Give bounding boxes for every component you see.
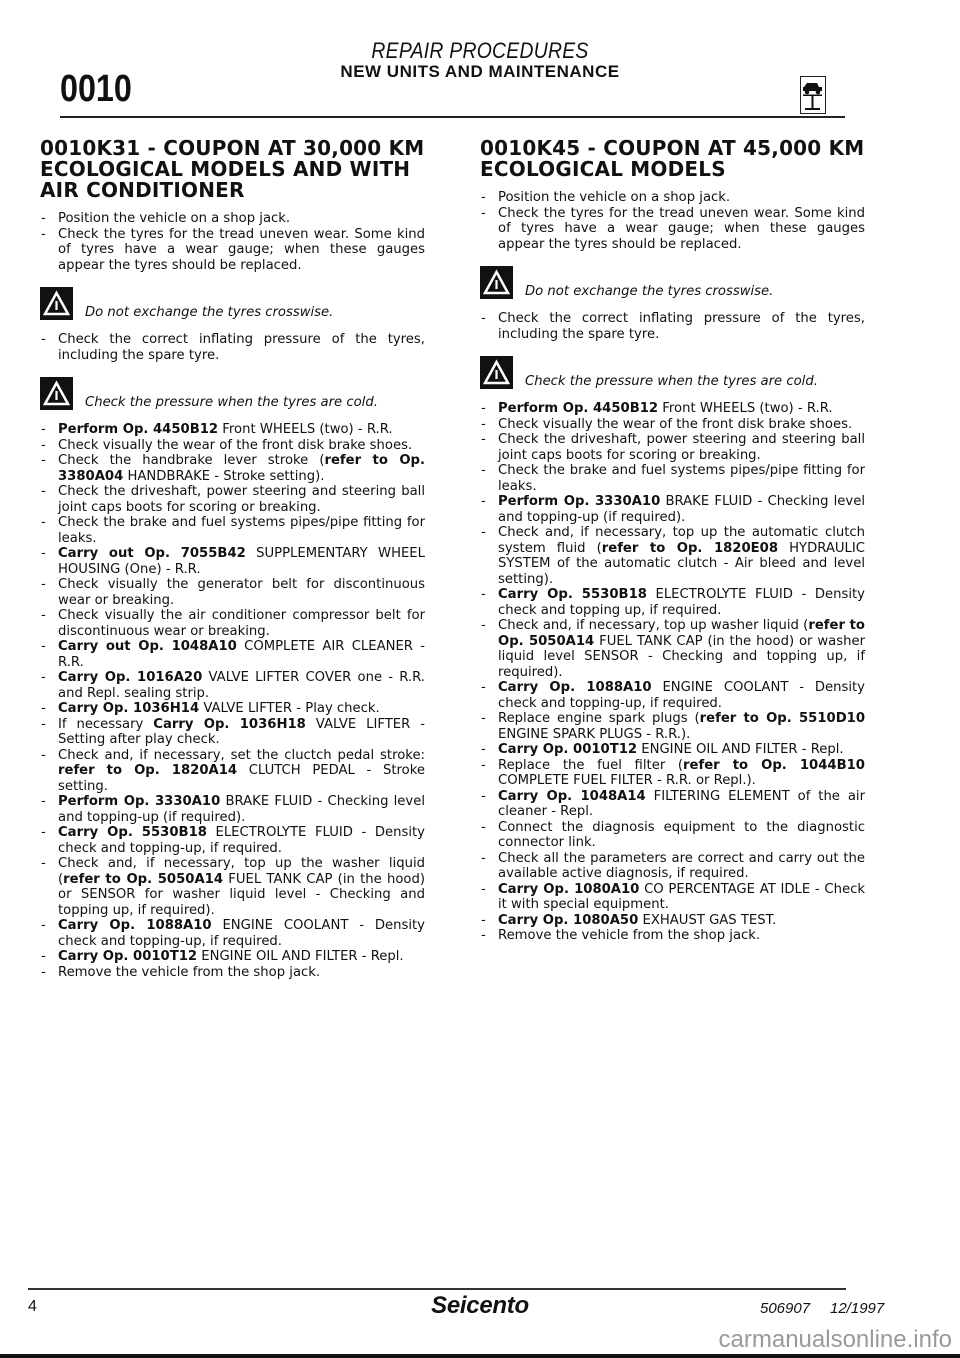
list-item: Check the brake and fuel systems pipes/p… — [480, 463, 865, 494]
warning-triangle-icon — [480, 356, 513, 389]
list-item: Check the tyres for the tread uneven wea… — [480, 206, 865, 253]
steps-list: Perform Op. 4450B12 Front WHEELS (two) -… — [480, 401, 865, 944]
list-item: Check and, if necessary, top up washer l… — [480, 618, 865, 680]
warning-text: Check the pressure when the tyres are co… — [85, 395, 378, 410]
intro-list: Position the vehicle on a shop jack. Che… — [40, 211, 425, 273]
list-item: If necessary Carry Op. 1036H18 VALVE LIF… — [40, 717, 425, 748]
list-item: Carry Op. 1088A10 ENGINE COOLANT - Densi… — [40, 918, 425, 949]
bottom-border — [0, 1354, 960, 1358]
list-item: Perform Op. 4450B12 Front WHEELS (two) -… — [480, 401, 865, 417]
list-item: Check the brake and fuel systems pipes/p… — [40, 515, 425, 546]
list-item: Connect the diagnosis equipment to the d… — [480, 820, 865, 851]
warning-note: Do not exchange the tyres crosswise. — [480, 266, 865, 299]
document-date: 12/1997 — [830, 1300, 884, 1317]
warning-triangle-icon — [480, 266, 513, 299]
intro-list: Position the vehicle on a shop jack. Che… — [480, 190, 865, 252]
list-item: Check the driveshaft, power steering and… — [480, 432, 865, 463]
watermark: carmanualsonline.info — [719, 1326, 952, 1354]
list-item: Carry Op. 0010T12 ENGINE OIL AND FILTER … — [40, 949, 425, 965]
list-item: Check the correct inflating pressure of … — [40, 332, 425, 363]
list-item: Carry out Op. 7055B42 SUPPLEMENTARY WHEE… — [40, 546, 425, 577]
list-item: Replace engine spark plugs (refer to Op.… — [480, 711, 865, 742]
section-0010k31: 0010K31 - COUPON AT 30,000 KM ECOLOGICAL… — [40, 138, 425, 980]
section-title: 0010K31 - COUPON AT 30,000 KM ECOLOGICAL… — [40, 138, 425, 201]
warning-triangle-icon — [40, 287, 73, 320]
list-item: Perform Op. 3330A10 BRAKE FLUID - Checki… — [480, 494, 865, 525]
car-lift-icon — [800, 76, 826, 114]
list-item: Check the handbrake lever stroke (refer … — [40, 453, 425, 484]
list-item: Check and, if necessary, top up the wash… — [40, 856, 425, 918]
steps-list: Perform Op. 4450B12 Front WHEELS (two) -… — [40, 422, 425, 980]
section-code: 0010 — [60, 68, 132, 111]
brand-logo: Seicento — [0, 1292, 960, 1320]
list-item: Carry out Op. 1048A10 COMPLETE AIR CLEAN… — [40, 639, 425, 670]
warning-text: Do not exchange the tyres crosswise. — [525, 284, 773, 299]
list-item: Carry Op. 1036H14 VALVE LIFTER - Play ch… — [40, 701, 425, 717]
list-item: Check visually the wear of the front dis… — [480, 417, 865, 433]
warning-note: Do not exchange the tyres crosswise. — [40, 287, 425, 320]
page-header-title: REPAIR PROCEDURES — [58, 38, 903, 64]
list-item: Check all the parameters are correct and… — [480, 851, 865, 882]
list-item: Check the tyres for the tread uneven wea… — [40, 227, 425, 274]
list-item: Remove the vehicle from the shop jack. — [40, 965, 425, 981]
list-item: Check and, if necessary, set the cluctch… — [40, 748, 425, 795]
warning-text: Check the pressure when the tyres are co… — [525, 374, 818, 389]
list-item: Check the driveshaft, power steering and… — [40, 484, 425, 515]
warning-note: Check the pressure when the tyres are co… — [40, 377, 425, 410]
list-item: Carry Op. 1080A10 CO PERCENTAGE AT IDLE … — [480, 882, 865, 913]
warning-note: Check the pressure when the tyres are co… — [480, 356, 865, 389]
list-item: Check visually the wear of the front dis… — [40, 438, 425, 454]
list-item: Remove the vehicle from the shop jack. — [480, 928, 865, 944]
section-title: 0010K45 - COUPON AT 45,000 KM ECOLOGICAL… — [480, 138, 865, 180]
list-item: Carry Op. 1048A14 FILTERING ELEMENT of t… — [480, 789, 865, 820]
list-item: Carry Op. 1080A50 EXHAUST GAS TEST. — [480, 913, 865, 929]
warning-text: Do not exchange the tyres crosswise. — [85, 305, 333, 320]
list-item: Carry Op. 1016A20 VALVE LIFTER COVER one… — [40, 670, 425, 701]
list-item: Check visually the generator belt for di… — [40, 577, 425, 608]
list-item: Position the vehicle on a shop jack. — [480, 190, 865, 206]
list-item: Perform Op. 4450B12 Front WHEELS (two) -… — [40, 422, 425, 438]
list-item: Check the correct inflating pressure of … — [480, 311, 865, 342]
list-item: Perform Op. 3330A10 BRAKE FLUID - Checki… — [40, 794, 425, 825]
header-divider — [60, 116, 845, 118]
list-item: Carry Op. 0010T12 ENGINE OIL AND FILTER … — [480, 742, 865, 758]
footer-divider — [28, 1288, 846, 1290]
list-item: Carry Op. 5530B18 ELECTROLYTE FLUID - De… — [480, 587, 865, 618]
list-item: Position the vehicle on a shop jack. — [40, 211, 425, 227]
list-item: Replace the fuel filter (refer to Op. 10… — [480, 758, 865, 789]
list-item: Check visually the air conditioner compr… — [40, 608, 425, 639]
document-code: 506907 — [760, 1300, 810, 1317]
section-0010k45: 0010K45 - COUPON AT 45,000 KM ECOLOGICAL… — [480, 138, 865, 944]
list-item: Carry Op. 1088A10 ENGINE COOLANT - Densi… — [480, 680, 865, 711]
list-item: Check and, if necessary, top up the auto… — [480, 525, 865, 587]
list-item: Carry Op. 5530B18 ELECTROLYTE FLUID - De… — [40, 825, 425, 856]
warning-triangle-icon — [40, 377, 73, 410]
